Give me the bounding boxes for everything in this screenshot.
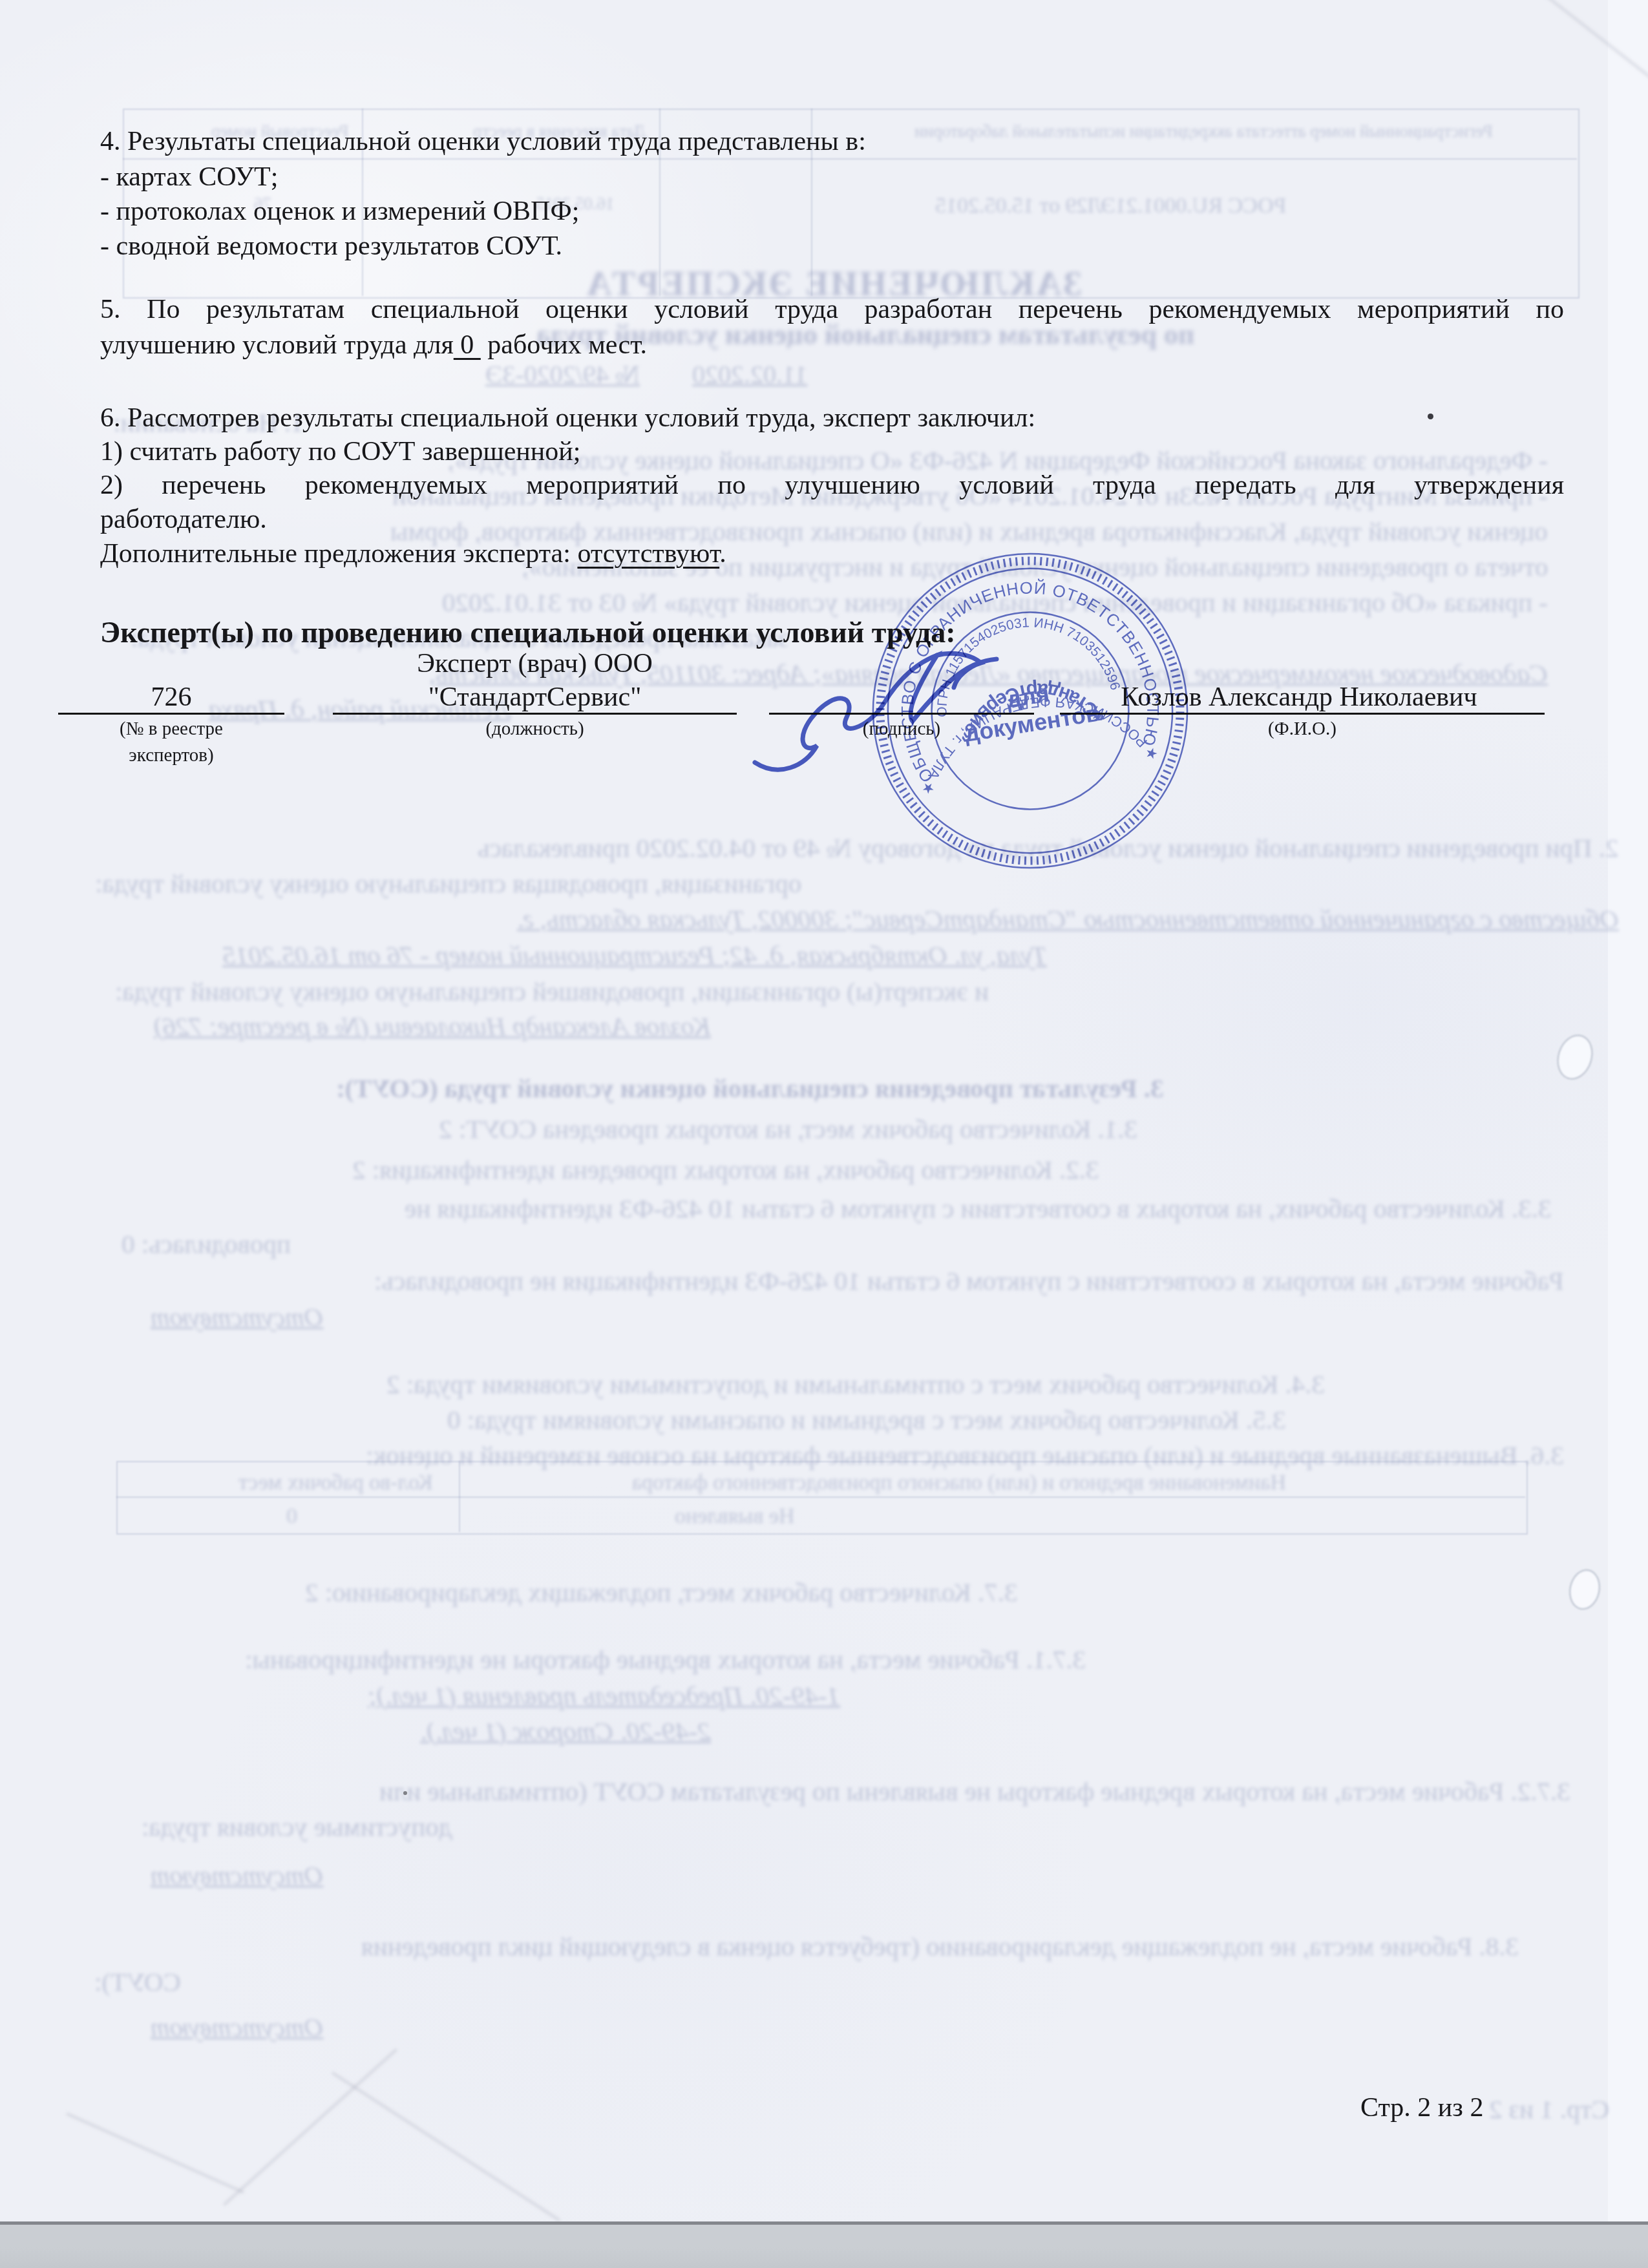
bleed-line: 1-49-20. Председатель правления (1 чел.)… <box>368 1680 840 1711</box>
section5-line1: 5. По результатам специальной оценки усл… <box>100 294 1564 325</box>
bleed-line: 3.7.2. Рабочие места, на которых вредные… <box>379 1776 1570 1807</box>
bleed-line: Рабочие места, на которых в соответствии… <box>374 1265 1564 1296</box>
label-registry2: экспертов) <box>58 745 284 766</box>
dust-speck <box>403 1791 407 1795</box>
bleed-line: Тула, ул. Октябрьская, д. 42; Регистраци… <box>222 940 1047 971</box>
page-number: Стр. 2 из 2 <box>1360 2092 1483 2123</box>
bleed-line: Отсутствуют <box>151 1860 323 1891</box>
scanned-document-page: Реестровый номер Дата внесения в реестр … <box>0 0 1648 2268</box>
bleed-line: 3.7.1. Рабочие места, на которых вредные… <box>245 1644 1086 1675</box>
section5-line2-pre: улучшению условий труда для <box>100 330 454 360</box>
bleed-line: 3.7. Количество рабочих мест, подлежащих… <box>305 1577 1018 1608</box>
extra-proposals-label: Дополнительные предложения эксперта: <box>100 539 577 569</box>
section6-intro: 6. Рассмотрев результаты специальной оце… <box>100 403 1035 434</box>
bleed-cell: Не выявлено <box>675 1504 795 1529</box>
bleed-line: 3.4. Количество рабочих мест с оптимальн… <box>386 1369 1325 1400</box>
bleed-cell: 0 <box>286 1504 297 1529</box>
section4-item: - сводной ведомости результатов СОУТ. <box>100 231 562 262</box>
extra-proposals-period: . <box>719 539 726 569</box>
signature-rule-position <box>333 713 737 715</box>
section4-item: - картах СОУТ; <box>100 162 278 193</box>
label-registry: (№ в реестре <box>58 719 284 740</box>
dust-speck <box>1428 414 1433 419</box>
expert-position-line2: "СтандартСервис" <box>333 682 737 713</box>
expert-position-line1: Эксперт (врач) ООО <box>333 648 737 679</box>
section4-intro: 4. Результаты специальной оценки условий… <box>100 126 866 157</box>
bleed-line: 3.3. Количество рабочих, на которых в со… <box>405 1193 1551 1224</box>
extra-proposals-value: отсутствуют <box>577 539 719 569</box>
bleed-line: 3. Результат проведения специальной оцен… <box>336 1073 1163 1104</box>
section6-item2b: работодателю. <box>100 504 267 535</box>
bleed-line: допустимые условия труда: <box>142 1811 452 1842</box>
section4-item: - протоколах оценок и измерений ОВПФ; <box>100 196 579 227</box>
bleed-line: проводилась: 0 <box>121 1228 291 1259</box>
signature-rule-registry <box>58 713 284 715</box>
bleed-line: 3.8. Рабочие места, не подлежащие деклар… <box>361 1931 1519 1962</box>
bleed-line: организация, проводящая специальную оцен… <box>95 868 801 899</box>
bleed-line: Козлов Александр Николаевич (№ в реестре… <box>154 1011 711 1042</box>
bleed-cell: Наименование вредного и (или) опасного п… <box>632 1471 1286 1495</box>
scanner-background-right <box>1608 0 1648 2221</box>
bleed-line: 2-49-20. Сторож (1 чел.). <box>420 1716 711 1747</box>
bleed-cell: Регистрационный номер аттестата аккредит… <box>914 121 1493 142</box>
bleed-line: СОУТ): <box>94 1966 181 1997</box>
section5-line2: улучшению условий труда для 0 рабочих ме… <box>100 330 647 361</box>
bleed-line: 3.1. Количество рабочих мест, на которых… <box>439 1113 1137 1144</box>
bleed-doc-no: № 49/2020-ЗЭ <box>485 359 640 390</box>
bleed-cell: РОСС RU.0001.21ЭЛ29 от 15.05.2015 <box>935 194 1286 218</box>
bleed-line: 3.5. Количество рабочих мест с вредными … <box>447 1404 1286 1435</box>
handwritten-signature <box>743 625 1079 793</box>
bleed-line: 3.2. Количество рабочих, на которых пров… <box>352 1154 1099 1185</box>
bleed-line: Общество с ограниченной ответственностью… <box>517 903 1619 934</box>
bleed-doc-date: 11.02.2020 <box>692 359 808 390</box>
bleed-cell: Кол-во рабочих мест <box>238 1471 433 1495</box>
section5-line2-post: рабочих мест. <box>487 330 647 360</box>
workplaces-count-value: 0 <box>454 330 481 360</box>
bleed-line: Отсутствуют <box>151 1301 323 1332</box>
expert-registry-number: 726 <box>58 682 284 713</box>
label-position: (должность) <box>333 719 737 740</box>
bleed-line: Стр. 1 из 2 <box>1489 2094 1609 2125</box>
bleed-line: и эксперт(ы) организации, проводившей сп… <box>115 976 989 1007</box>
section6-extra: Дополнительные предложения эксперта: отс… <box>100 538 726 569</box>
section6-item1: 1) считать работу по СОУТ завершенной; <box>100 436 580 467</box>
bleed-line: Отсутствуют <box>151 2011 323 2042</box>
section6-item2a: 2) перечень рекомендуемых мероприятий по… <box>100 470 1564 501</box>
scanner-background-bottom <box>0 2221 1648 2268</box>
